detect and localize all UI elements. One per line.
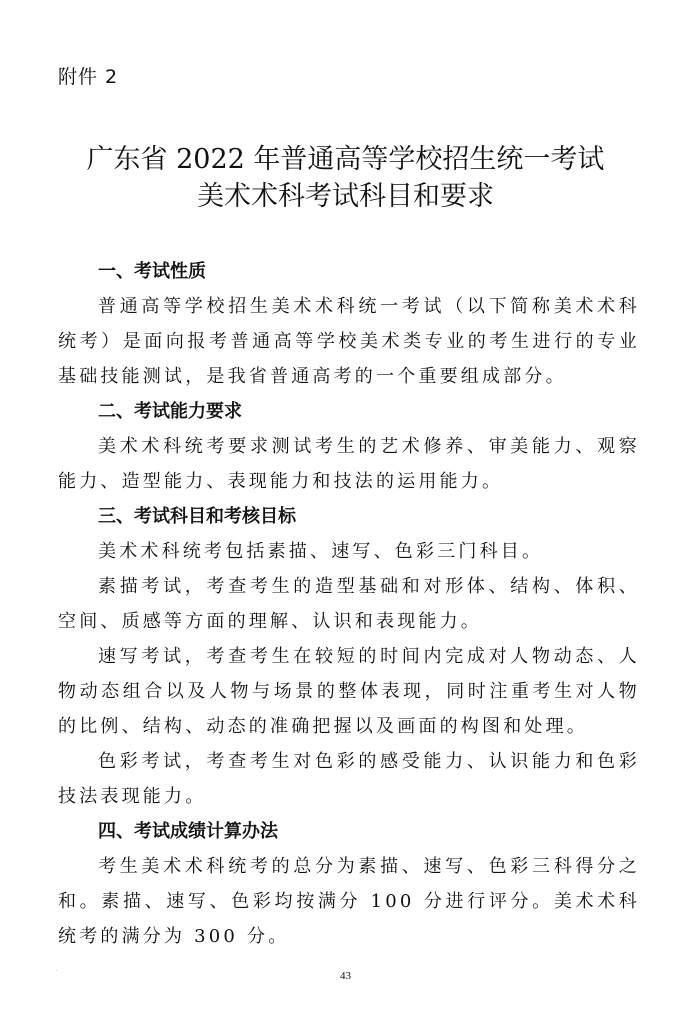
document-title-line-1: 广东省 2022 年普通高等学校招生统一考试 [0, 137, 691, 176]
page-number: 43 [0, 970, 691, 982]
paragraph: 美术术科统考包括素描、速写、色彩三门科目。 [58, 534, 640, 569]
document-title-line-2: 美术术科考试科目和要求 [0, 174, 691, 213]
section-heading: 三、考试科目和考核目标 [58, 499, 640, 534]
paragraph: 普通高等学校招生美术术科统一考试（以下简称美术术科统考）是面向报考普通高等学校美… [58, 289, 640, 394]
document-body: 一、考试性质 普通高等学校招生美术术科统一考试（以下简称美术术科统考）是面向报考… [58, 254, 640, 954]
section-ability-requirements: 二、考试能力要求 美术术科统考要求测试考生的艺术修养、审美能力、观察能力、造型能… [58, 394, 640, 499]
section-heading: 二、考试能力要求 [58, 394, 640, 429]
paragraph: 美术术科统考要求测试考生的艺术修养、审美能力、观察能力、造型能力、表现能力和技法… [58, 429, 640, 499]
paragraph: 速写考试，考查考生在较短的时间内完成对人物动态、人物动态组合以及人物与场景的整体… [58, 639, 640, 744]
paragraph: 考生美术术科统考的总分为素描、速写、色彩三科得分之和。素描、速写、色彩均按满分 … [58, 849, 640, 954]
paragraph: 色彩考试，考查考生对色彩的感受能力、认识能力和色彩技法表现能力。 [58, 744, 640, 814]
attachment-label: 附件 2 [58, 62, 118, 89]
section-heading: 一、考试性质 [58, 254, 640, 289]
section-subjects-and-objectives: 三、考试科目和考核目标 美术术科统考包括素描、速写、色彩三门科目。 素描考试，考… [58, 499, 640, 814]
section-heading: 四、考试成绩计算办法 [58, 814, 640, 849]
section-score-calculation: 四、考试成绩计算办法 考生美术术科统考的总分为素描、速写、色彩三科得分之和。素描… [58, 814, 640, 954]
paragraph: 素描考试，考查考生的造型基础和对形体、结构、体积、空间、质感等方面的理解、认识和… [58, 569, 640, 639]
section-exam-nature: 一、考试性质 普通高等学校招生美术术科统一考试（以下简称美术术科统考）是面向报考… [58, 254, 640, 394]
